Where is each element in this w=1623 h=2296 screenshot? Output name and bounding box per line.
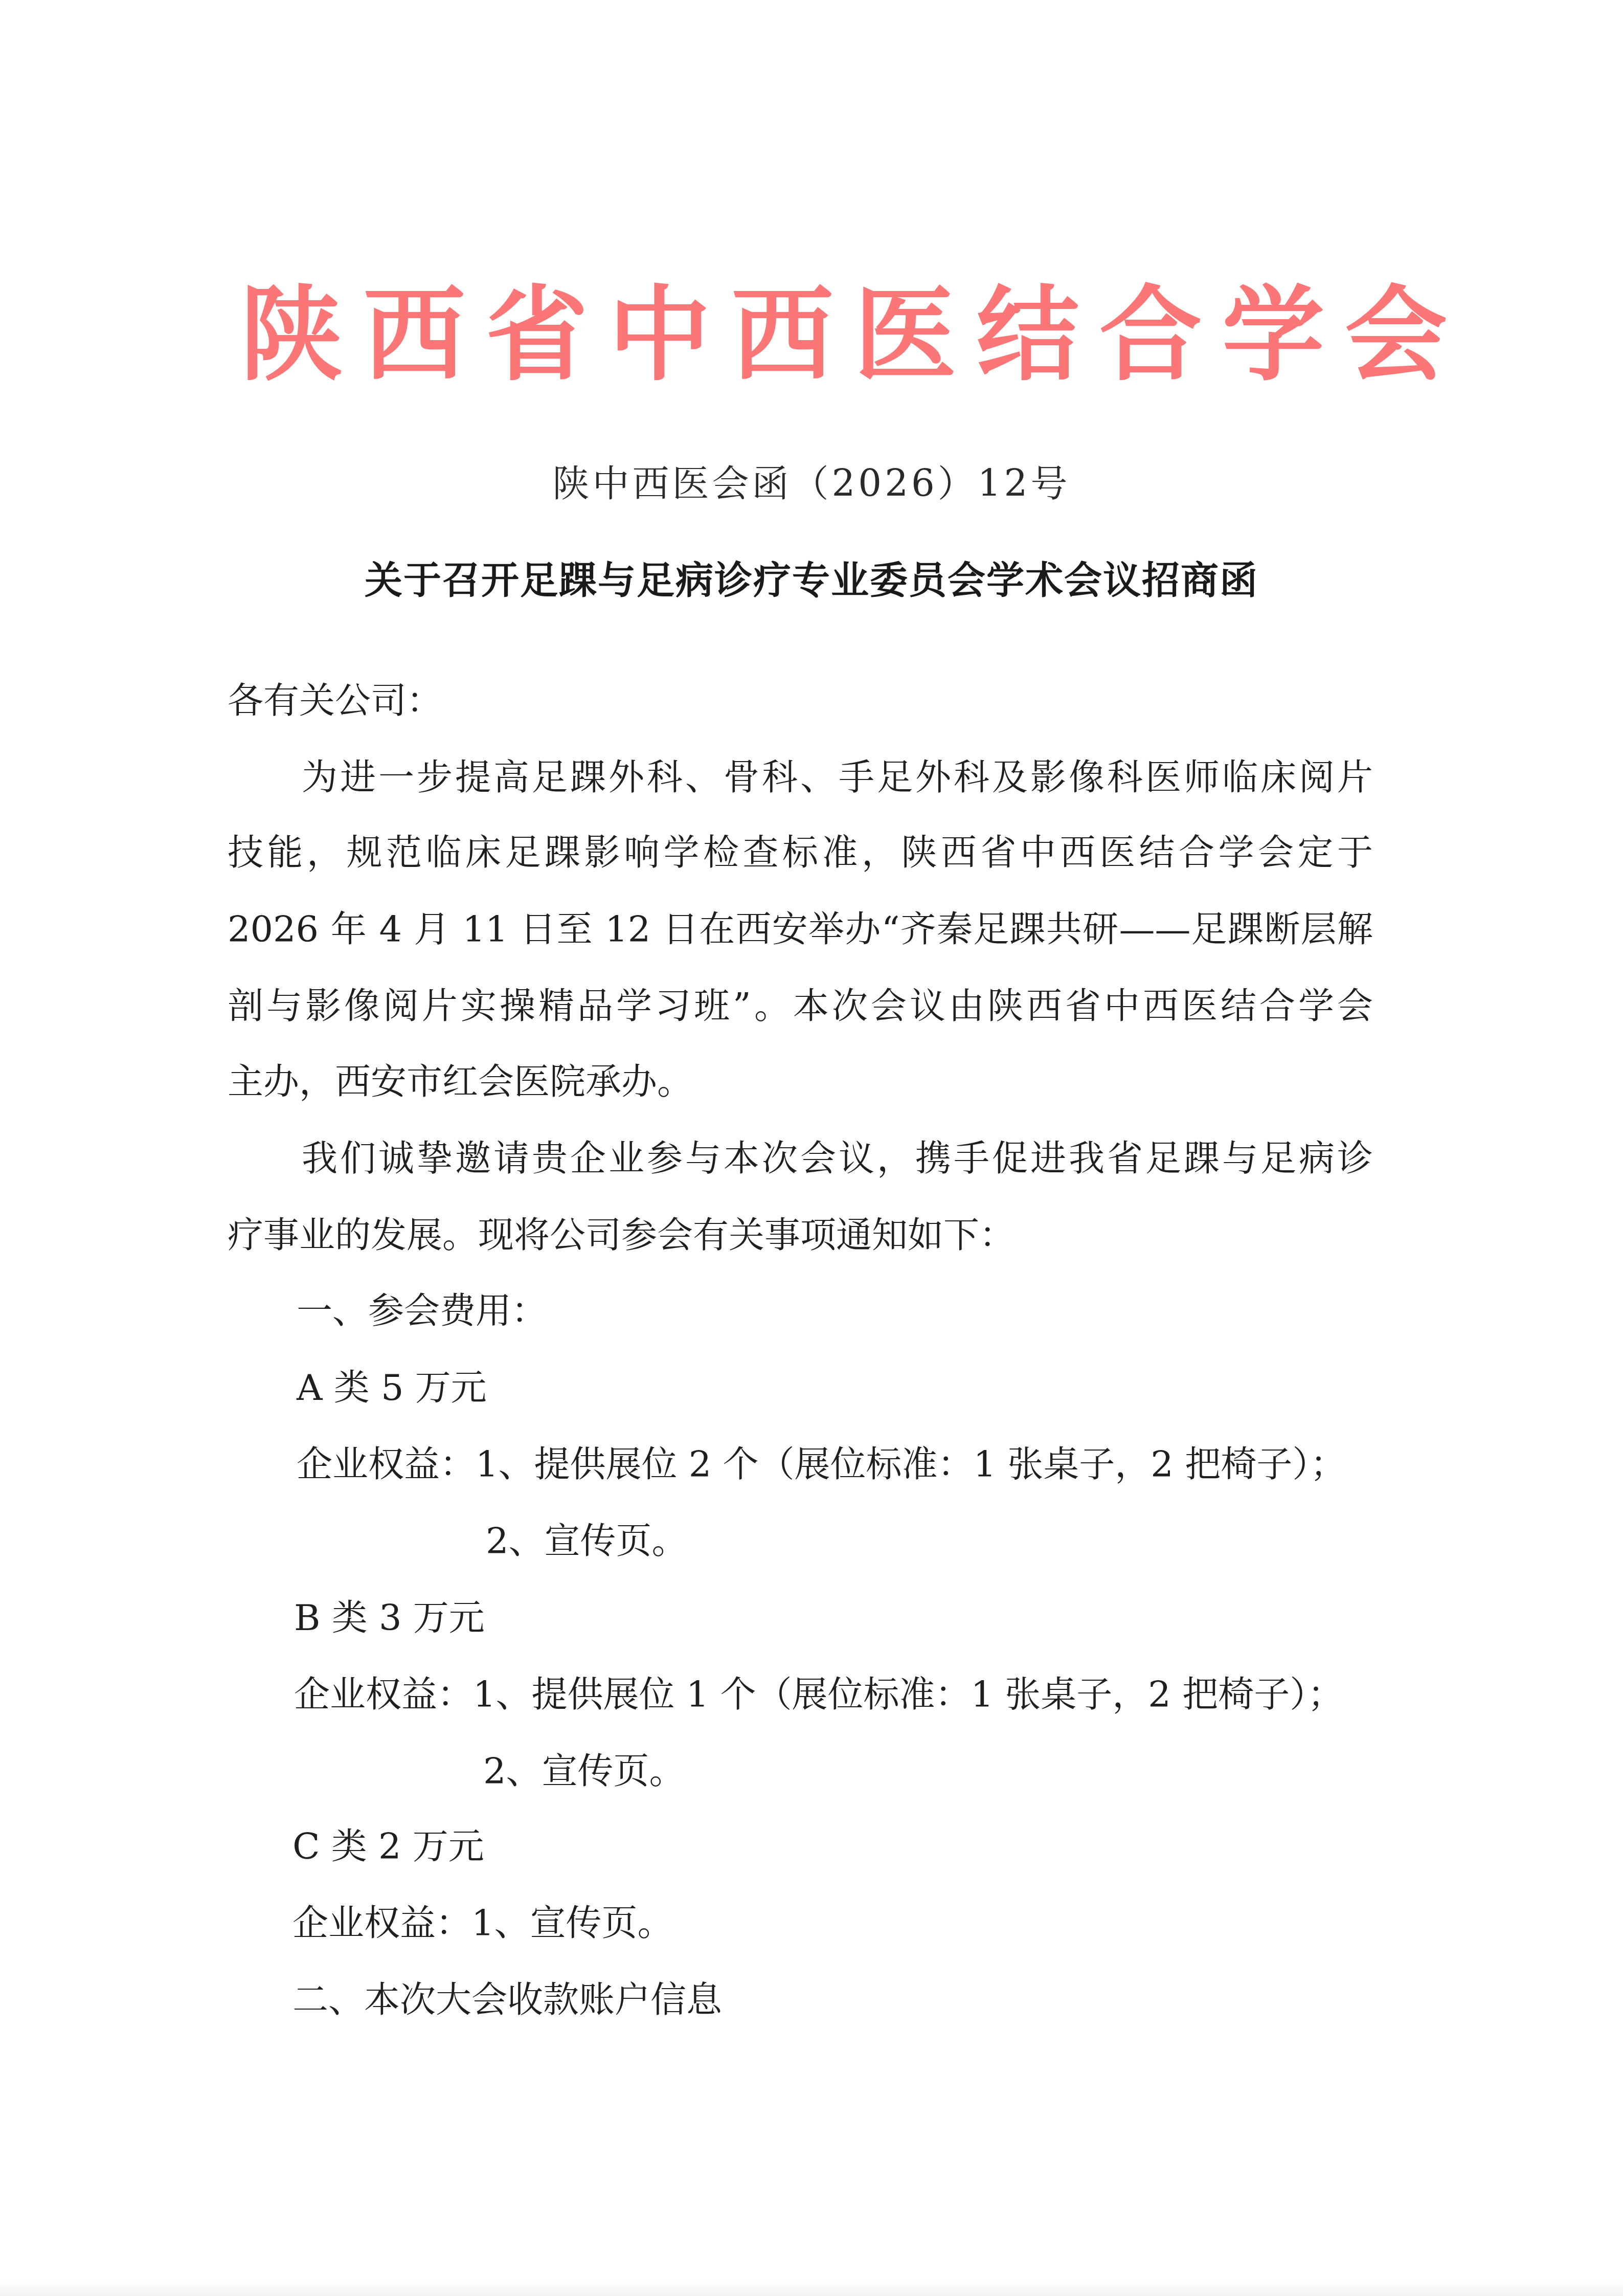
tier-c-benefit-1: 企业权益：1、宣传页。: [292, 1895, 673, 1951]
tier-a-benefit-2: 2、宣传页。: [486, 1513, 688, 1569]
intro-line-5: 主办，西安市红会医院承办。: [228, 1054, 693, 1110]
intro-line-1: 为进一步提高足踝外科、骨科、手足外科及影像科医师临床阅片: [302, 749, 1373, 806]
intro-line-3: 2026 年 4 月 11 日至 12 日在西安举办“齐秦足踝共研——足踝断层解: [228, 901, 1373, 957]
document-title: 关于召开足踝与足病诊疗专业委员会学术会议招商函: [0, 550, 1623, 611]
tier-c-label: C 类 2 万元: [292, 1818, 484, 1875]
tier-b-benefit-1: 企业权益：1、提供展位 1 个（展位标准：1 张桌子，2 把椅子）；: [294, 1666, 1343, 1723]
document-number: 陕中西医会函（2026）12号: [0, 455, 1623, 511]
invitation-line-2: 疗事业的发展。现将公司参会有关事项通知如下：: [228, 1207, 1015, 1263]
scan-bottom-edge: [0, 2281, 1623, 2296]
document-page: 陕西省中西医结合学会 陕中西医会函（2026）12号 关于召开足踝与足病诊疗专业…: [0, 0, 1623, 2296]
account-heading: 二、本次大会收款账户信息: [292, 1972, 722, 2028]
fees-heading: 一、参会费用：: [297, 1283, 547, 1339]
salutation: 各有关公司：: [228, 673, 442, 729]
intro-line-4: 剖与影像阅片实操精品学习班”。本次会议由陕西省中西医结合学会: [228, 978, 1373, 1034]
tier-a-benefit-1: 企业权益：1、提供展位 2 个（展位标准：1 张桌子，2 把椅子）；: [297, 1436, 1346, 1492]
letterhead-organization: 陕西省中西医结合学会: [240, 276, 1365, 394]
tier-b-label: B 类 3 万元: [294, 1590, 485, 1646]
tier-b-benefit-2: 2、宣传页。: [483, 1743, 685, 1799]
intro-line-2: 技能，规范临床足踝影响学检查标准，陕西省中西医结合学会定于: [228, 824, 1373, 881]
invitation-line-1: 我们诚挚邀请贵企业参与本次会议，携手促进我省足踝与足病诊: [302, 1130, 1373, 1187]
tier-a-label: A 类 5 万元: [297, 1359, 487, 1416]
